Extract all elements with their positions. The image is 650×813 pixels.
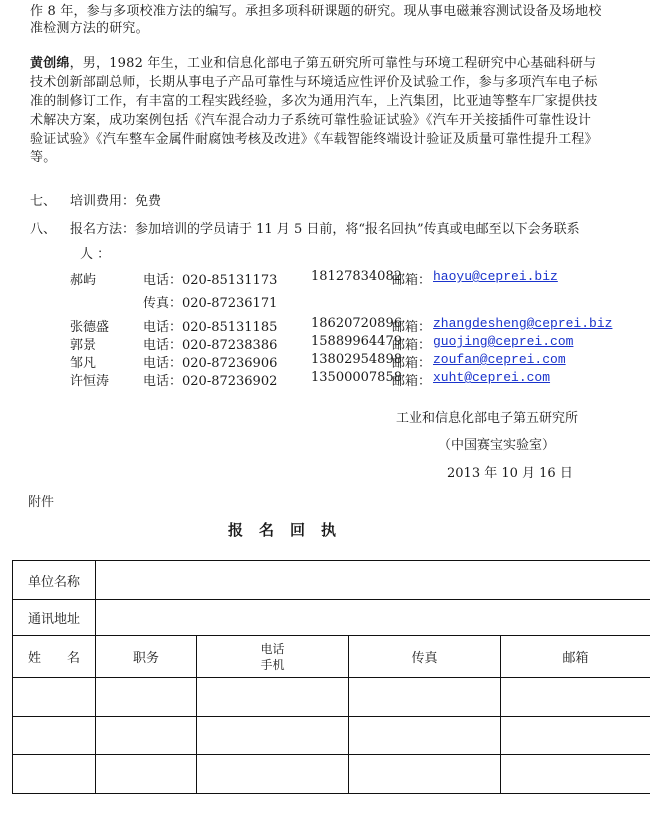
name-cell[interactable] [13, 755, 96, 794]
section-8-text: 报名方法：参加培训的学员请于 11 月 5 日前，将“报名回执”传真或电邮至以下… [70, 218, 580, 237]
email-cell[interactable] [501, 755, 650, 794]
phone-cell[interactable] [197, 755, 349, 794]
intro-line-2: 准检测方法的研究。 [30, 20, 149, 38]
section-8-number: 八、 [30, 218, 56, 237]
contact-mobile: 18620720896 [311, 316, 402, 331]
contact-fax: 传真：020-87236171 [143, 292, 277, 311]
contact-email-label: 邮箱： [392, 269, 431, 288]
contact-email-label: 邮箱： [392, 370, 431, 389]
name-cell[interactable] [13, 678, 96, 717]
bio-line-5: 验证试验》《汽车整车金属件耐腐蚀考核及改进》《车载智能终端设计验证及质量可靠性提… [30, 131, 598, 149]
unit-name-field[interactable] [96, 561, 650, 600]
header-mobile: 手机 [197, 657, 348, 673]
intro-line-1: 作 8 年，参与多项校准方法的编写。承担多项科研课题的研究。现从事电磁兼容测试设… [30, 3, 602, 21]
unit-name-row: 单位名称 [13, 561, 650, 600]
bio-line-1: 黄创绵，男，1982 年生，工业和信息化部电子第五研究所可靠性与环境工程研究中心… [30, 55, 596, 73]
contact-email-link[interactable]: zhangdesheng@ceprei.biz [433, 316, 612, 331]
signature-date: 2013 年 10 月 16 日 [447, 462, 573, 481]
header-name: 姓 名 [13, 636, 96, 678]
contact-email-link[interactable]: zoufan@ceprei.com [433, 352, 566, 367]
section-8-continuation: 人 ： [80, 243, 110, 262]
fax-cell[interactable] [349, 755, 501, 794]
header-phone: 电话 [197, 641, 348, 657]
contact-email-label: 邮箱： [392, 352, 431, 371]
bio-line-2: 技术创新部副总师，长期从事电子产品可靠性与环境适应性评价及试验工作，参与多项汽车… [30, 74, 598, 92]
contact-mobile: 13500007858 [311, 370, 402, 385]
contact-email-link[interactable]: guojing@ceprei.com [433, 334, 573, 349]
section-7-number: 七、 [30, 190, 56, 209]
unit-name-label: 单位名称 [13, 561, 96, 600]
contact-name: 张德盛 [70, 316, 109, 335]
bio-name: 黄创绵 [30, 56, 70, 71]
registration-form-table: 单位名称 通讯地址 姓 名 职务 电话 手机 传真 邮箱 [12, 560, 650, 794]
table-row [13, 717, 650, 755]
header-position: 职务 [96, 636, 197, 678]
contact-phone: 电话：020-87236902 [143, 370, 277, 389]
address-field[interactable] [96, 600, 650, 636]
header-phone-mobile: 电话 手机 [197, 636, 349, 678]
contact-mobile: 13802954898 [311, 352, 402, 367]
bio-text-1: ，男，1982 年生，工业和信息化部电子第五研究所可靠性与环境工程研究中心基础科… [70, 56, 597, 71]
signature-lab: （中国赛宝实验室） [438, 434, 555, 453]
contact-phone: 电话：020-85131173 [143, 269, 277, 288]
contact-email-link[interactable]: xuht@ceprei.com [433, 370, 550, 385]
header-fax: 传真 [349, 636, 501, 678]
position-cell[interactable] [96, 678, 197, 717]
contact-name: 许恒涛 [70, 370, 109, 389]
contact-mobile: 15889964479 [311, 334, 402, 349]
phone-cell[interactable] [197, 717, 349, 755]
contact-name: 郭景 [70, 334, 96, 353]
signature-org: 工业和信息化部电子第五研究所 [396, 407, 578, 426]
contact-mobile: 18127834082 [311, 269, 402, 284]
table-row [13, 755, 650, 794]
position-cell[interactable] [96, 717, 197, 755]
contact-name: 邹凡 [70, 352, 96, 371]
contact-phone: 电话：020-87236906 [143, 352, 277, 371]
fax-cell[interactable] [349, 717, 501, 755]
fax-cell[interactable] [349, 678, 501, 717]
address-row: 通讯地址 [13, 600, 650, 636]
contact-name: 郝屿 [70, 269, 96, 288]
contact-phone: 电话：020-85131185 [143, 316, 277, 335]
contact-email-label: 邮箱： [392, 316, 431, 335]
name-cell[interactable] [13, 717, 96, 755]
phone-cell[interactable] [197, 678, 349, 717]
header-email: 邮箱 [501, 636, 650, 678]
contact-email-label: 邮箱： [392, 334, 431, 353]
section-7-text: 培训费用：免费 [70, 190, 161, 209]
email-cell[interactable] [501, 717, 650, 755]
bio-line-3: 准的制修订工作，有丰富的工程实践经验，多次为通用汽车，上汽集团，比亚迪等整车厂家… [30, 93, 598, 111]
form-title: 报名回执 [228, 519, 352, 540]
bio-line-6: 等。 [30, 149, 56, 167]
table-row [13, 678, 650, 717]
position-cell[interactable] [96, 755, 197, 794]
contact-email-link[interactable]: haoyu@ceprei.biz [433, 269, 558, 284]
email-cell[interactable] [501, 678, 650, 717]
contact-phone: 电话：020-87238386 [143, 334, 277, 353]
address-label: 通讯地址 [13, 600, 96, 636]
bio-line-4: 术解决方案，成功案例包括《汽车混合动力子系统可靠性验证试验》《汽车开关接插件可靠… [30, 112, 591, 130]
attachment-label: 附件 [28, 491, 54, 510]
header-row: 姓 名 职务 电话 手机 传真 邮箱 [13, 636, 650, 678]
